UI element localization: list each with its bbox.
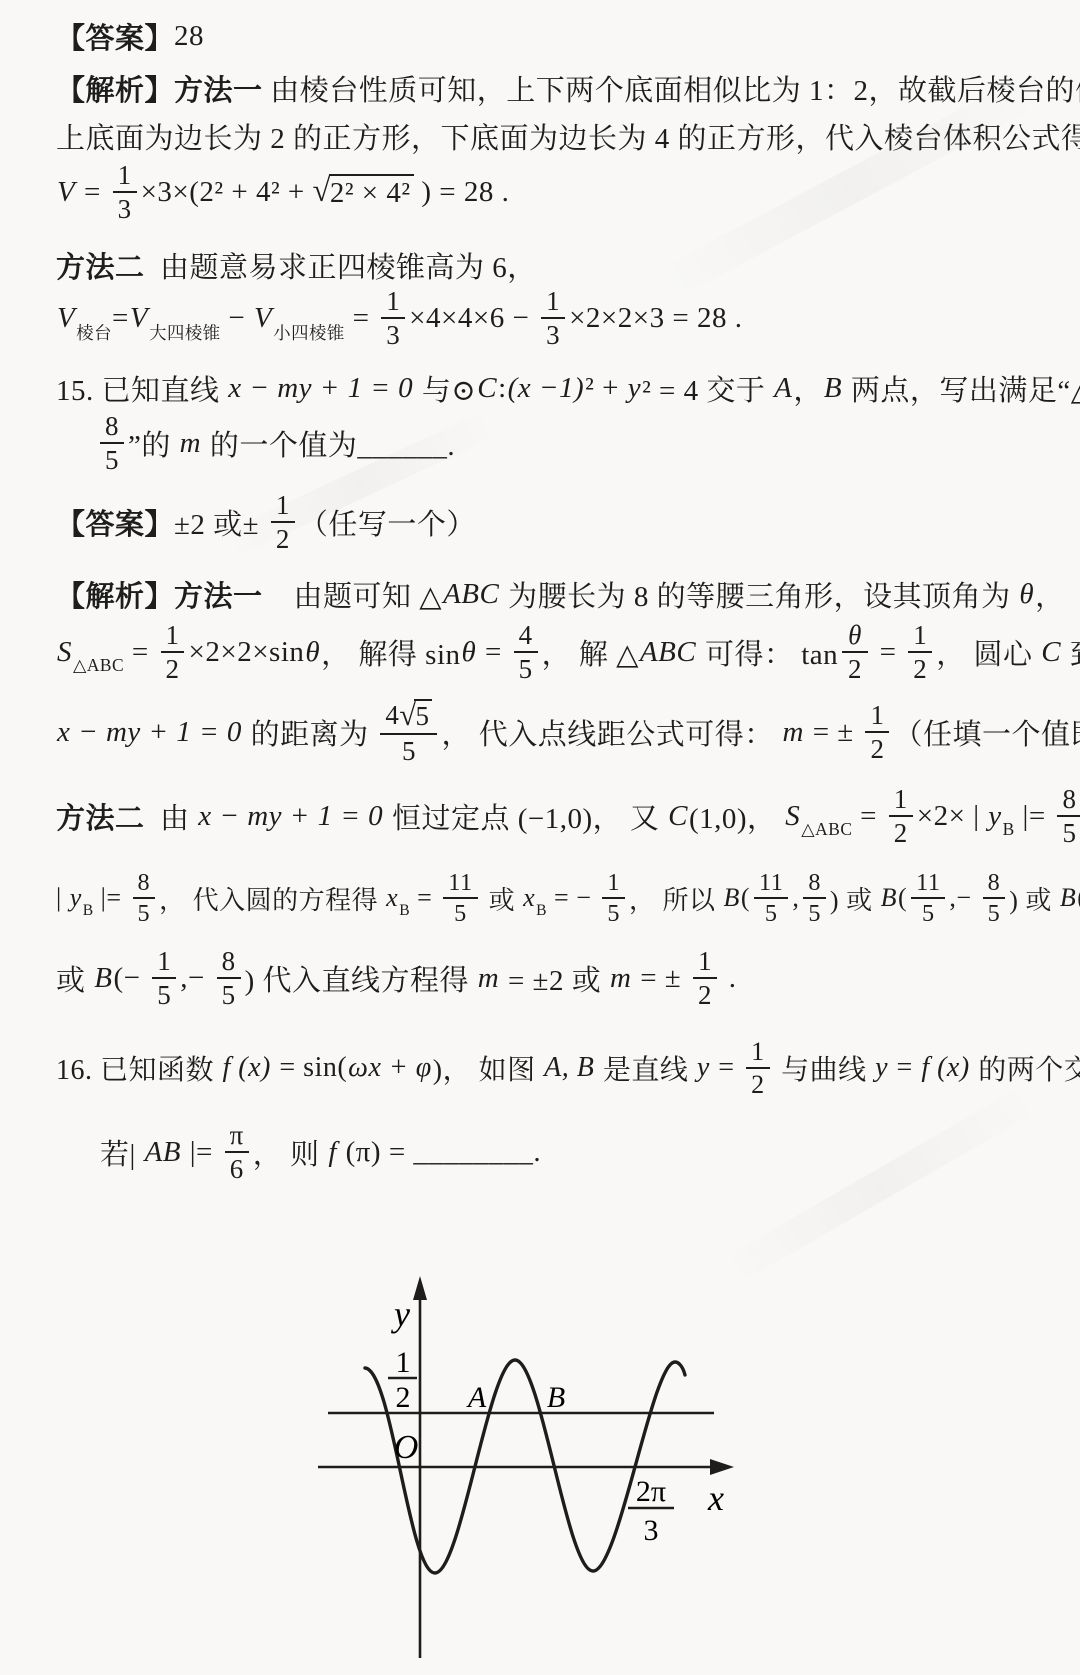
math-text: V — [253, 302, 273, 335]
text: ， 代入圆的方程得 — [159, 880, 385, 917]
text: = sin( — [272, 1052, 347, 1084]
math-text: A, B — [543, 1052, 595, 1084]
analysis-14-method1-line2: 上底面为边长为 2 的正方形，下底面为边长为 4 的正方形，代入棱台体积公式得： — [56, 114, 1080, 158]
fraction-numerator: 11 — [443, 870, 477, 899]
text: |= — [94, 883, 129, 913]
math-text: f (x) — [920, 1052, 970, 1084]
text: = − — [547, 883, 598, 913]
fraction-denominator: 2 — [913, 653, 927, 683]
fraction-numerator: 8 — [100, 412, 124, 444]
math-text: x − my + 1 = 0 — [227, 372, 414, 405]
text: （任写一个） — [299, 502, 476, 543]
fraction: 12 — [889, 785, 913, 848]
fraction-denominator: 5 — [222, 979, 236, 1009]
fraction-numerator: 1 — [865, 701, 889, 733]
fraction-numerator: 8 — [983, 870, 1006, 899]
fraction: 85 — [803, 870, 826, 927]
text: ×3×(2² + 4² + — [141, 176, 313, 209]
fraction-numerator: 1 — [746, 1038, 770, 1069]
analysis-15-method1-line1: 【解析】方法一 由题可知 △ABC 为腰长为 8 的等腰三角形，设其顶角为 θ， — [56, 572, 1080, 616]
fraction: 115 — [911, 870, 945, 927]
text: 5 — [1062, 819, 1076, 847]
fraction-denominator: 5 — [138, 899, 151, 926]
fraction-denominator: 5 — [402, 735, 416, 765]
text: 8 — [105, 412, 119, 440]
analysis-14-method2-formula: V棱台=V大四棱锥 − V小四棱锥 = 13×4×4×6 − 13×2×2×3 … — [56, 272, 1080, 364]
bold-text: 【答案】 — [56, 502, 174, 543]
text: ”的 — [128, 423, 179, 464]
fraction: 15 — [152, 947, 176, 1010]
text: ) = 28 . — [414, 176, 510, 209]
text: 8 — [138, 870, 151, 895]
text: ( — [898, 883, 907, 913]
x-axis-arrow-icon — [710, 1459, 734, 1475]
text: = — [889, 1052, 920, 1084]
fraction-denominator: 5 — [157, 979, 171, 1009]
figure: 1 2 2π 3 y x O A B — [0, 1260, 1080, 1675]
fraction-denominator: 5 — [519, 653, 533, 683]
text: 1 — [751, 1038, 765, 1065]
subscript: B — [536, 902, 547, 920]
text: 5 — [988, 901, 1001, 926]
fraction: θ2 — [842, 621, 868, 684]
text: = — [345, 302, 377, 335]
text: 15. 已知直线 — [56, 368, 227, 409]
text: 上底面为边长为 2 的正方形，下底面为边长为 4 的正方形，代入棱台体积公式得： — [56, 116, 1080, 157]
figure-svg: 1 2 2π 3 y x O A B — [0, 1260, 1080, 1675]
fraction-numerator: 1 — [908, 621, 932, 653]
fraction-denominator: 5 — [808, 899, 821, 926]
fraction-numerator: 1 — [381, 287, 405, 319]
fraction-numerator: 1 — [161, 621, 185, 653]
text: 28 — [174, 20, 204, 53]
fraction-numerator: 8 — [803, 870, 826, 899]
point-a-label: A — [466, 1381, 487, 1414]
text: − — [221, 302, 253, 335]
problem-16-line2: 若| AB |= π6， 则 f (π) = ________. — [100, 1106, 1080, 1198]
math-text: B — [1059, 883, 1077, 913]
math-text: x — [385, 883, 399, 913]
text: ×2×2×sin — [188, 636, 304, 669]
text: 1 — [386, 287, 400, 315]
fraction-numerator: θ — [842, 621, 868, 653]
text: 可得： tan — [697, 632, 838, 673]
math-text: V — [129, 302, 149, 335]
text: 由题意易求正四棱锥高为 6， — [145, 245, 537, 286]
fraction: 12 — [746, 1038, 770, 1099]
text: 2 — [698, 981, 712, 1009]
text: ×4×4×6 − — [409, 302, 537, 335]
fraction: 4√55 — [380, 699, 437, 765]
text: = — [872, 636, 904, 669]
fraction-denominator: 3 — [118, 193, 132, 223]
fraction: 115 — [443, 870, 477, 927]
text: ,− — [180, 962, 212, 995]
text: 1 — [166, 621, 180, 649]
text: 5 — [138, 901, 151, 926]
document-body: 【答案】28【解析】方法一 由棱台性质可知，上下两个底面相似比为 1：2，故截后… — [0, 14, 1080, 1198]
fraction-denominator: 2 — [166, 653, 180, 683]
fraction-denominator: 2 — [698, 979, 712, 1009]
text: )， 如图 — [433, 1048, 543, 1088]
text: |= — [182, 1136, 221, 1169]
text: 与曲线 — [774, 1048, 875, 1088]
text: ( — [741, 883, 750, 913]
radical-sign-icon: √ — [399, 700, 416, 730]
bold-text: 【解析】 — [56, 574, 174, 615]
text: ， — [793, 368, 823, 409]
math-text: y — [627, 372, 642, 405]
text: 为腰长为 8 的等腰三角形，设其顶角为 — [500, 574, 1018, 615]
text: 1 — [546, 287, 560, 315]
math-text: C — [1040, 636, 1062, 669]
text: 1 — [607, 870, 620, 895]
math-text: θ — [461, 636, 478, 669]
math-text: x − my + 1 = 0 — [197, 800, 384, 833]
analysis-15-method2-line2: | yB |= 85， 代入圆的方程得 xB = 115 或 xB = − 15… — [56, 852, 1080, 944]
fraction: π6 — [225, 1121, 249, 1184]
text: 5 — [222, 981, 236, 1009]
math-text: f — [327, 1136, 338, 1169]
text: 5 — [454, 901, 467, 926]
subscript: 大四棱锥 — [149, 319, 221, 344]
radicand: 5 — [414, 699, 432, 730]
text: 1 — [118, 161, 132, 189]
math-text: x — [522, 883, 536, 913]
bold-text: 方法一 — [174, 574, 263, 615]
text: 3 — [118, 195, 132, 223]
text: ) 代入直线方程得 — [245, 958, 477, 999]
math-text: B — [722, 883, 740, 913]
math-text: S — [56, 636, 73, 669]
text: : — [498, 372, 507, 405]
subscript: 棱台 — [76, 319, 112, 344]
text: 8 — [808, 870, 821, 895]
analysis-15-method2-line3: 或 B(− 15,− 85) 代入直线方程得 m = ±2 或 m = ± 12… — [56, 932, 1080, 1024]
fraction: 15 — [602, 870, 625, 927]
fraction-denominator: 6 — [230, 1153, 244, 1183]
text: 6 — [230, 1155, 244, 1183]
text: = — [76, 176, 108, 209]
text: 若| — [100, 1132, 144, 1173]
math-text: x − my + 1 = 0 — [56, 716, 243, 749]
text: 的两个交点， — [971, 1048, 1080, 1088]
fraction-denominator: 5 — [454, 899, 467, 926]
text: = ± — [805, 716, 862, 749]
bold-text: 【答案】 — [56, 16, 174, 57]
text: 5 — [402, 737, 416, 765]
math-text: B — [880, 883, 898, 913]
fraction-numerator: 1 — [152, 947, 176, 979]
text: 的一个值为______. — [202, 423, 455, 464]
text: 5 — [105, 446, 119, 474]
text: 1 — [698, 947, 712, 975]
text: 16. 已知函数 — [56, 1048, 222, 1088]
radical: √2² × 4² — [313, 174, 414, 210]
text: 1 — [894, 785, 908, 813]
text: = — [711, 1052, 742, 1084]
text: ² = 4 交于 — [642, 368, 773, 409]
text: = — [477, 636, 509, 669]
fraction-numerator: 1 — [693, 947, 717, 979]
text: 2 — [751, 1071, 765, 1098]
text: ， 解得 sin — [321, 632, 460, 673]
text: 或 — [56, 958, 93, 999]
subscript: △ABC — [801, 819, 852, 840]
text: （任填一个值即可）. — [893, 712, 1080, 753]
problem-16-line1: 16. 已知函数 f (x) = sin(ωx + φ)， 如图 A, B 是直… — [56, 1022, 1080, 1114]
half-label-numerator: 1 — [396, 1346, 411, 1379]
fraction-numerator: 1 — [541, 287, 565, 319]
fraction-denominator: 5 — [607, 899, 620, 926]
math-text: y — [696, 1052, 711, 1084]
fraction-denominator: 2 — [751, 1069, 765, 1098]
point-b-label: B — [547, 1381, 565, 1414]
math-text: AB — [144, 1136, 182, 1169]
x-tick-numerator: 2π — [636, 1475, 666, 1508]
text: 2 — [870, 735, 884, 763]
bold-text: 方法二 — [56, 796, 145, 837]
fraction: 12 — [865, 701, 889, 764]
text: 5 — [519, 655, 533, 683]
text: . — [721, 962, 737, 995]
math-text: B — [93, 962, 113, 995]
math-text: m — [179, 427, 202, 460]
text: ) 或 — [1009, 880, 1059, 917]
text: 2 — [894, 819, 908, 847]
text: ， 则 — [253, 1132, 328, 1173]
text: (− — [113, 962, 148, 995]
text: ² + — [585, 372, 627, 405]
text: |= — [1015, 800, 1054, 833]
analysis-14-method1-formula: V = 13×3×(2² + 4² + √2² × 4² ) = 28 . — [56, 146, 1080, 238]
text: 到直线 — [1062, 632, 1080, 673]
text: ) 或 — [830, 880, 880, 917]
math-text: m — [781, 716, 804, 749]
math-text: B — [823, 372, 843, 405]
text: 3 — [546, 321, 560, 349]
fraction: 45 — [514, 621, 538, 684]
fraction-denominator: 2 — [276, 523, 290, 553]
text: (π) = ________. — [338, 1136, 541, 1169]
math-text: S — [784, 800, 801, 833]
math-text: (x −1) — [507, 372, 586, 405]
text: 3 — [386, 321, 400, 349]
math-text: A — [773, 372, 793, 405]
text: ， 圆心 — [936, 632, 1040, 673]
fraction-denominator: 5 — [105, 444, 119, 474]
text: 5 — [808, 901, 821, 926]
fraction: 12 — [271, 491, 295, 554]
fraction-denominator: 5 — [922, 899, 935, 926]
math-text: y — [874, 1052, 889, 1084]
fraction: 13 — [541, 287, 565, 350]
fraction-numerator: 1 — [889, 785, 913, 817]
text: ， — [1035, 574, 1065, 615]
text: 8 — [1062, 785, 1076, 813]
math-text: θ — [304, 636, 321, 669]
bold-text: 方法一 — [174, 68, 270, 109]
text: 1 — [913, 621, 927, 649]
math-text: C — [476, 372, 498, 405]
fraction-denominator: 3 — [386, 319, 400, 349]
text: 2 — [166, 655, 180, 683]
fraction: 115 — [754, 870, 788, 927]
fraction-denominator: 5 — [988, 899, 1001, 926]
subscript: B — [399, 902, 410, 920]
subscript: B — [1003, 819, 1015, 840]
answer-15: 【答案】±2 或± 12（任写一个） — [56, 476, 1080, 568]
text: (1,0)， — [689, 796, 784, 837]
math-text: y — [987, 800, 1002, 833]
text: 5 — [157, 981, 171, 1009]
y-axis-arrow-icon — [413, 1276, 427, 1300]
text: 由棱台性质可知，上下两个底面相似比为 1：2，故截后棱台的体高为 3， — [270, 68, 1080, 109]
text: = ± — [632, 962, 689, 995]
math-text: θ — [847, 621, 863, 649]
fraction-numerator: 11 — [911, 870, 945, 899]
fraction-numerator: π — [225, 1121, 249, 1153]
text: = — [124, 636, 156, 669]
math-text: ωx + φ — [347, 1052, 433, 1084]
text: 与⊙ — [414, 368, 476, 409]
fraction-numerator: 1 — [602, 870, 625, 899]
text: 恒过定点 (−1,0)， 又 — [384, 796, 667, 837]
radicand: 2² × 4² — [329, 174, 414, 210]
math-text: ABC — [442, 578, 500, 611]
text: ， 解 △ — [542, 632, 639, 673]
text: ， 代入点线距公式可得： — [441, 712, 781, 753]
fraction-denominator: 5 — [765, 899, 778, 926]
bold-text: 方法二 — [56, 245, 145, 286]
analysis-15-method2-line1: 方法二 由 x − my + 1 = 0 恒过定点 (−1,0)， 又 C(1,… — [56, 770, 1080, 862]
fraction-numerator: 4 — [514, 621, 538, 653]
math-text: f (x) — [222, 1052, 272, 1084]
text: | — [56, 883, 69, 913]
fraction-denominator: 2 — [848, 653, 862, 683]
text: 1 — [870, 701, 884, 729]
x-tick-denominator: 3 — [644, 1514, 659, 1547]
subscript: △ABC — [73, 655, 124, 676]
fraction: 12 — [908, 621, 932, 684]
fraction-numerator: 11 — [754, 870, 788, 899]
math-text: V — [56, 302, 76, 335]
text: ±2 或± — [174, 502, 267, 543]
text: ×2×2×3 = 28 . — [569, 302, 742, 335]
radical-sign-icon: √ — [313, 175, 331, 207]
fraction: 85 — [983, 870, 1006, 927]
x-axis-label: x — [707, 1478, 724, 1518]
radical: √5 — [399, 699, 432, 730]
fraction: 12 — [161, 621, 185, 684]
half-label-denominator: 2 — [396, 1381, 411, 1414]
text: 由 — [145, 796, 198, 837]
fraction-denominator: 2 — [894, 817, 908, 847]
subscript: 小四棱锥 — [273, 319, 345, 344]
text: 是直线 — [595, 1048, 696, 1088]
fraction: 13 — [381, 287, 405, 350]
text: 1 — [157, 947, 171, 975]
fraction: 85 — [1057, 785, 1080, 848]
text: ， 所以 — [629, 880, 723, 917]
fraction-numerator: 1 — [271, 491, 295, 523]
text: 5 — [607, 901, 620, 926]
text: = ±2 或 — [500, 958, 609, 999]
answer-14: 【答案】28 — [56, 14, 1080, 58]
text: = — [410, 883, 439, 913]
math-text: m — [477, 962, 500, 995]
fraction-numerator: 1 — [113, 161, 137, 193]
fraction-denominator: 2 — [870, 733, 884, 763]
text: 8 — [222, 947, 236, 975]
text: 由题可知 △ — [263, 574, 443, 615]
text: 5 — [415, 701, 429, 731]
fraction-denominator: 3 — [546, 319, 560, 349]
text: ×2× | — [917, 800, 988, 833]
bold-text: 【解析】 — [56, 68, 174, 109]
fraction: 85 — [217, 947, 241, 1010]
y-axis-label: y — [391, 1294, 410, 1334]
text: 两点，写出满足“△ — [843, 368, 1080, 409]
fraction-denominator: 5 — [1062, 817, 1076, 847]
subscript: B — [83, 902, 94, 920]
text: = — [852, 800, 884, 833]
fraction: 13 — [113, 161, 137, 224]
text: 11 — [916, 870, 940, 895]
text: 4 — [385, 701, 399, 729]
text: ,− — [949, 883, 978, 913]
problem-15-line1: 15. 已知直线 x − my + 1 = 0 与⊙C:(x −1)² + y²… — [56, 366, 1080, 410]
fraction: 85 — [100, 412, 124, 475]
math-text: y — [69, 883, 83, 913]
origin-label: O — [394, 1429, 419, 1466]
text: 2 — [848, 655, 862, 683]
text: 2 — [276, 525, 290, 553]
math-text: m — [609, 962, 632, 995]
text: 2² × 4² — [330, 177, 411, 209]
math-text: C — [667, 800, 689, 833]
math-text: θ — [1018, 578, 1035, 611]
text: 11 — [759, 870, 783, 895]
text: 5 — [922, 901, 935, 926]
text: 2 — [913, 655, 927, 683]
fraction: 12 — [693, 947, 717, 1010]
analysis-14-method1-line1: 【解析】方法一 由棱台性质可知，上下两个底面相似比为 1：2，故截后棱台的体高为… — [56, 66, 1080, 110]
fraction: 85 — [133, 870, 156, 927]
text: , — [792, 883, 799, 913]
math-text: ABC — [639, 636, 697, 669]
text: 5 — [765, 901, 778, 926]
fraction-numerator: 8 — [133, 870, 156, 899]
analysis-15-method1-line2: S△ABC = 12×2×2×sinθ， 解得 sinθ = 45， 解 △AB… — [56, 606, 1080, 698]
fraction-numerator: 8 — [1057, 785, 1080, 817]
text: = — [112, 302, 129, 335]
text: 4 — [519, 621, 533, 649]
text: 1 — [276, 491, 290, 519]
text: 或 — [482, 880, 523, 917]
text: π — [230, 1121, 244, 1149]
text: 11 — [448, 870, 472, 895]
fraction-numerator: 8 — [217, 947, 241, 979]
math-text: V — [56, 176, 76, 209]
analysis-15-method1-line3: x − my + 1 = 0 的距离为 4√55， 代入点线距公式可得： m =… — [56, 686, 1080, 778]
fraction-numerator: 4√5 — [380, 699, 437, 734]
text: 的距离为 — [243, 712, 377, 753]
text: 8 — [988, 870, 1001, 895]
